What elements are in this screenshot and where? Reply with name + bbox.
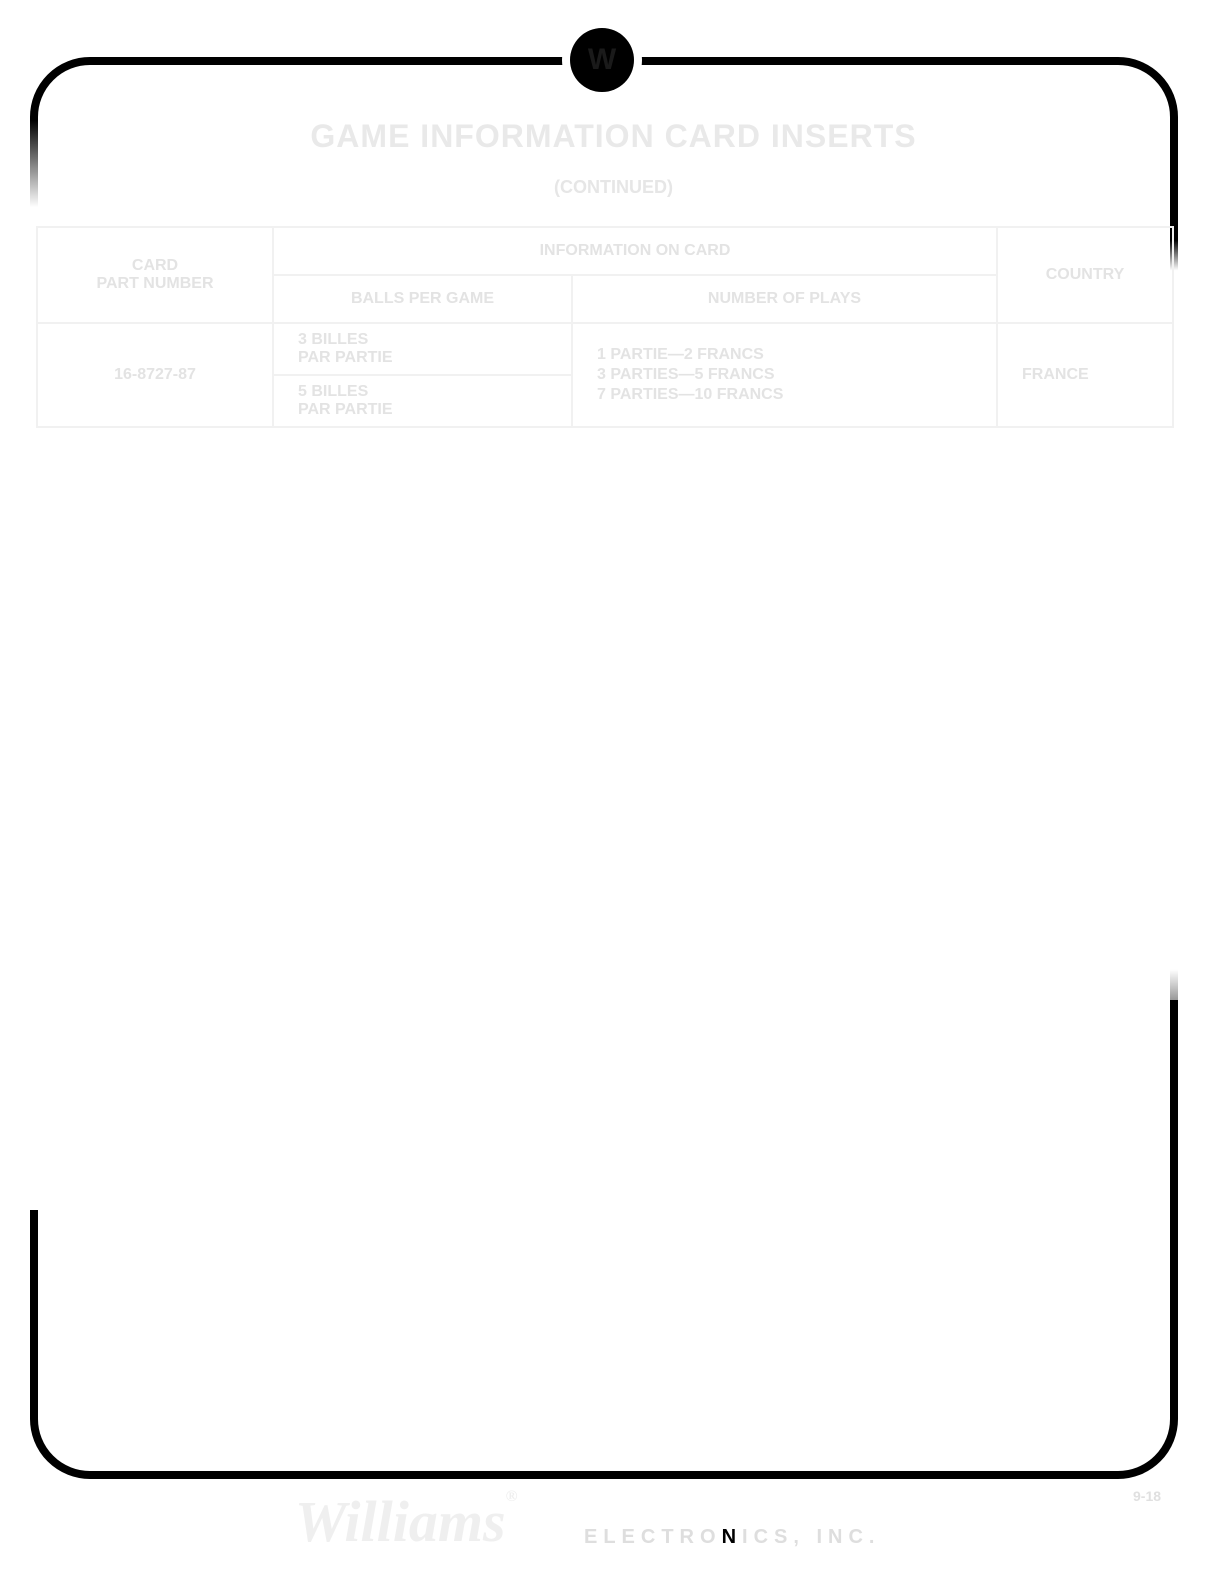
card-inserts-table: CARD PART NUMBER INFORMATION ON CARD COU…: [36, 226, 1174, 428]
table-header-row: CARD PART NUMBER INFORMATION ON CARD COU…: [37, 227, 1173, 275]
footer-company-name: ELECTRONICS, INC.: [584, 1526, 880, 1549]
footer-brand-logo: Williams®: [295, 1488, 518, 1555]
cell-country: FRANCE: [997, 323, 1173, 427]
page-number: 9-18: [1133, 1488, 1161, 1504]
header-number-of-plays: NUMBER OF PLAYS: [572, 275, 997, 323]
table-row: 16-8727-87 3 BILLES PAR PARTIE 1 PARTIE—…: [37, 323, 1173, 375]
header-information-on-card: INFORMATION ON CARD: [273, 227, 997, 275]
williams-logo-icon: W: [570, 28, 634, 92]
cell-number-of-plays: 1 PARTIE—2 FRANCS 3 PARTIES—5 FRANCS 7 P…: [572, 323, 997, 427]
cell-balls-option-2: 5 BILLES PAR PARTIE: [273, 375, 572, 427]
header-part-number: CARD PART NUMBER: [37, 227, 273, 323]
header-balls-per-game: BALLS PER GAME: [273, 275, 572, 323]
page-title: GAME INFORMATION CARD INSERTS: [0, 118, 1227, 155]
logo-glyph: W: [588, 43, 616, 77]
page-subtitle: (CONTINUED): [0, 177, 1227, 198]
registered-mark: ®: [506, 1488, 518, 1505]
header-country: COUNTRY: [997, 227, 1173, 323]
cell-balls-option-1: 3 BILLES PAR PARTIE: [273, 323, 572, 375]
cell-part-number: 16-8727-87: [37, 323, 273, 427]
